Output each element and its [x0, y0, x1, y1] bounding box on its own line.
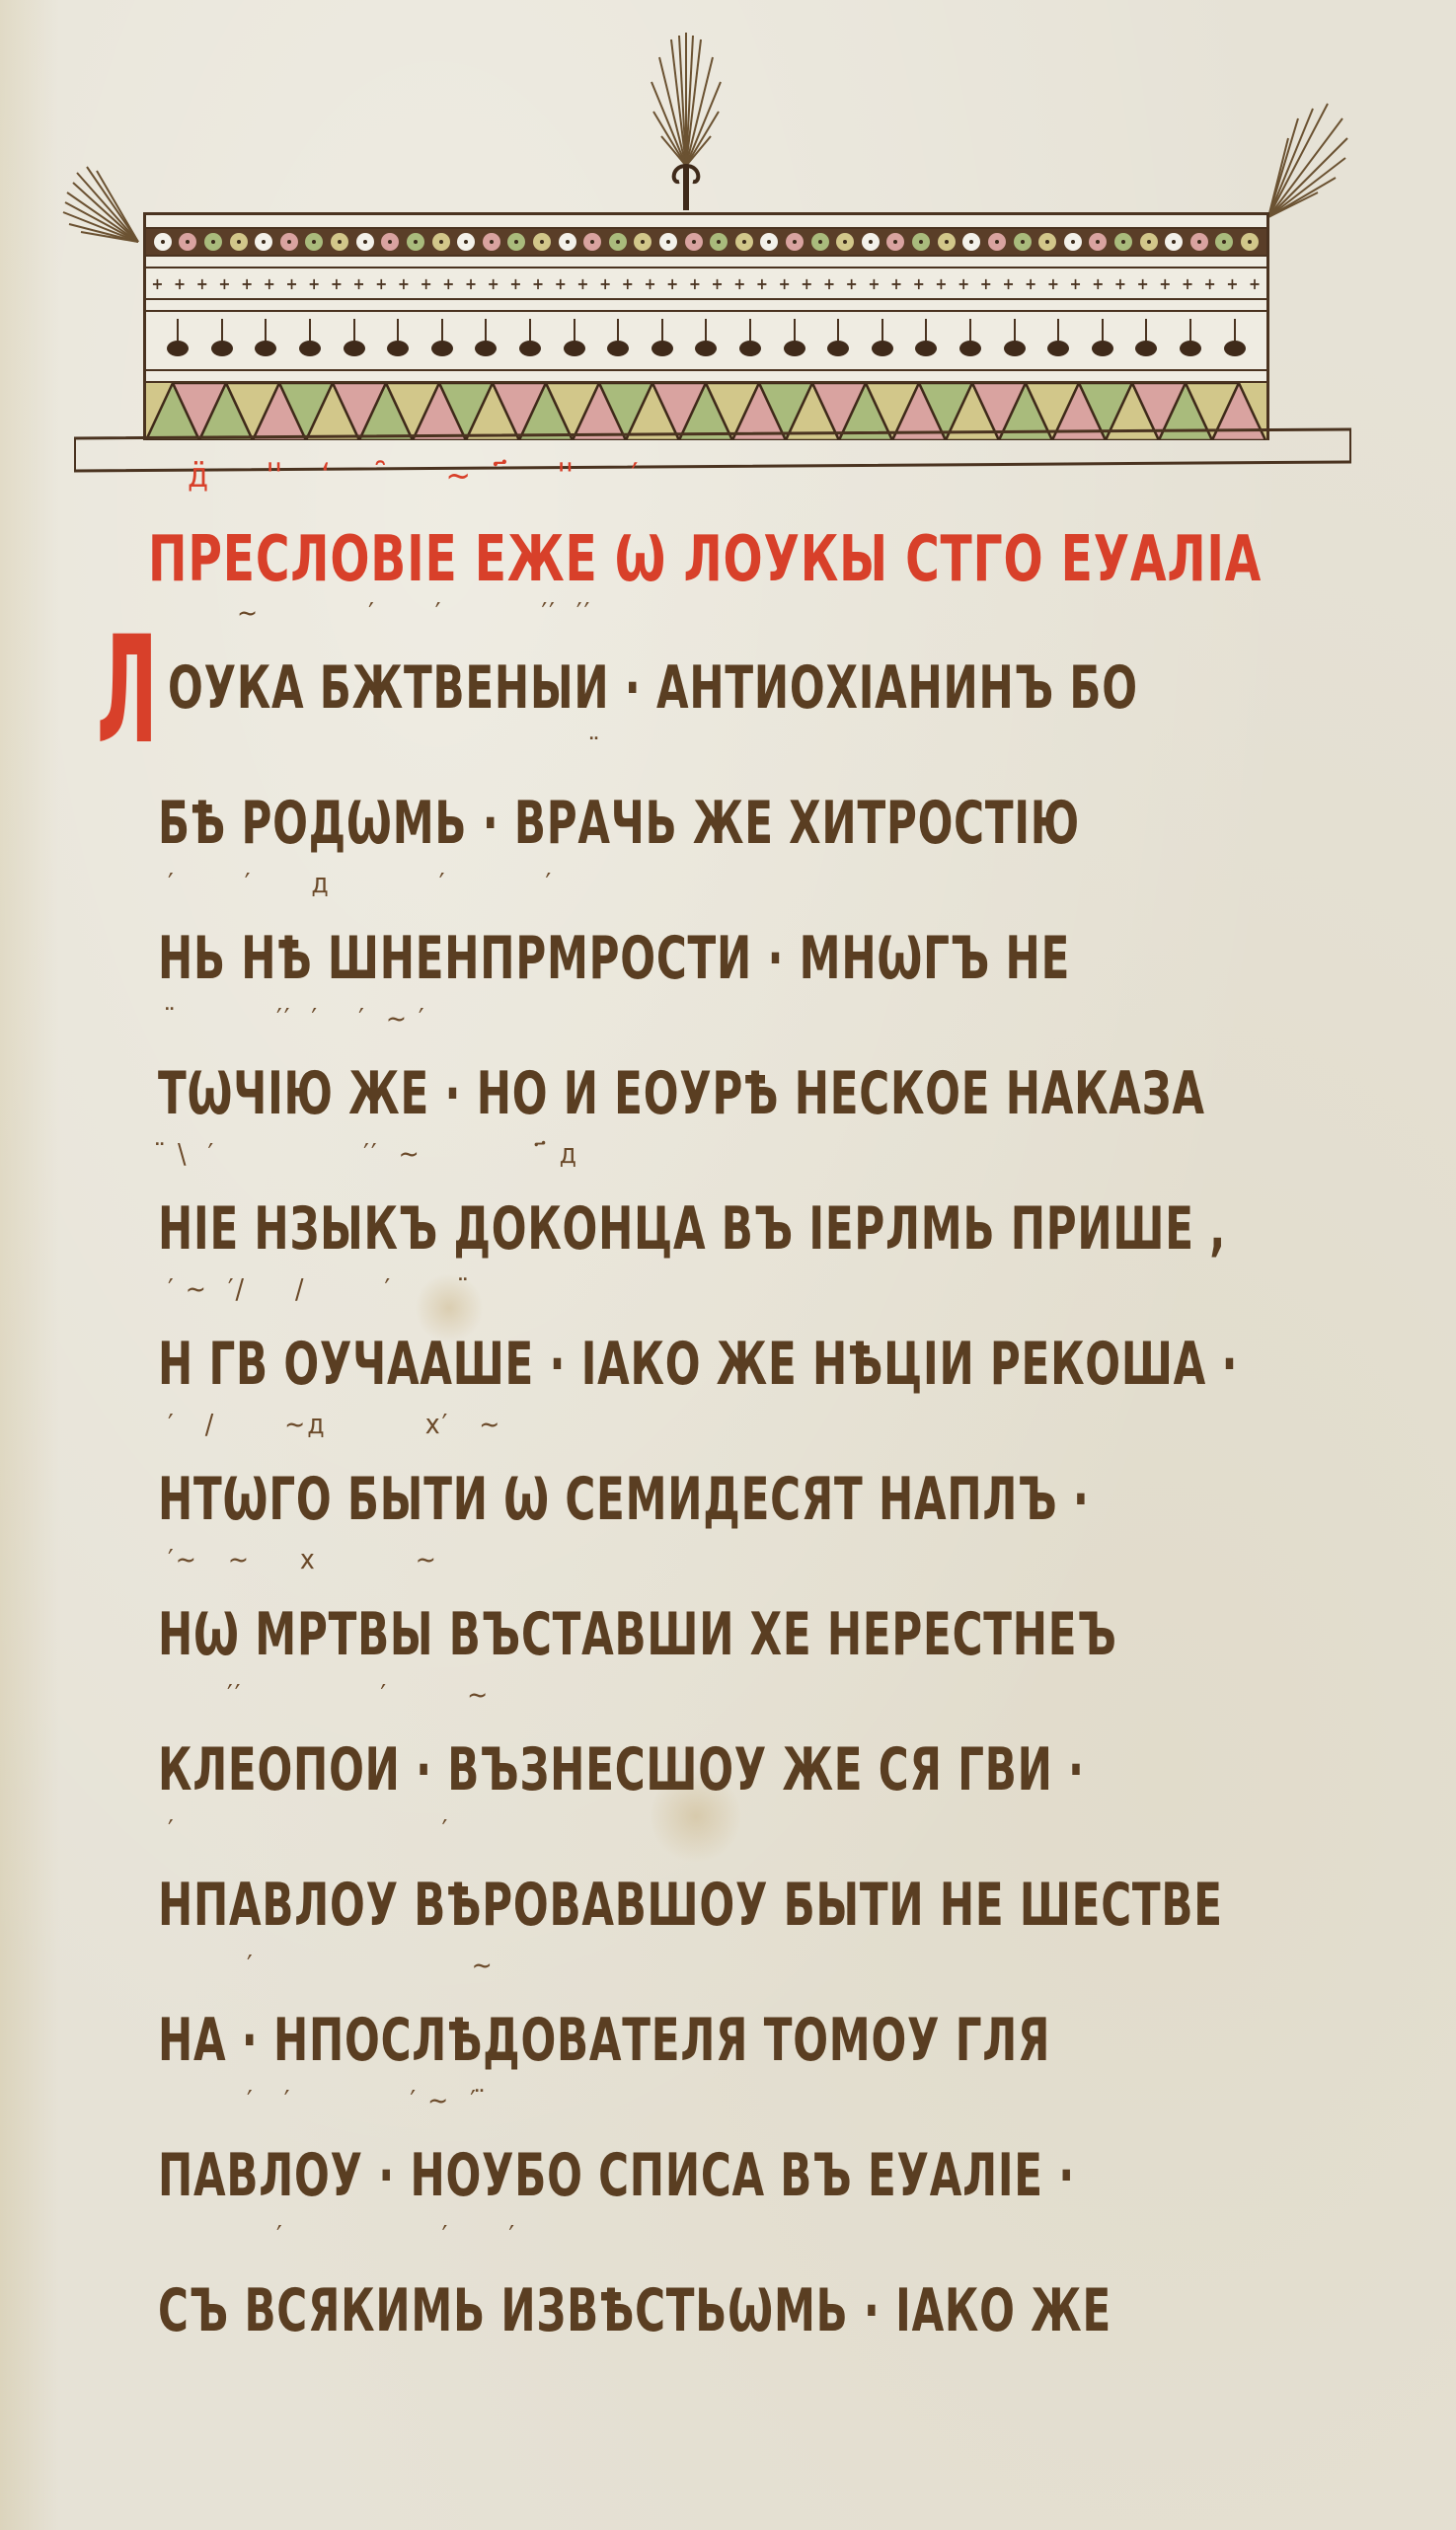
line-text: НТѠГО БЫТИ Ѡ СЕМИДЕСЯТ НАПЛЪ · — [158, 1465, 1090, 1534]
right-feather-finial-icon — [1259, 99, 1352, 222]
page-title: ПРЕСЛОВІЕ ЕЖЕ Ѡ ЛОУКЫ СТГО ЕУАЛІА — [148, 523, 1063, 596]
diacritic-marks: ̈ — [158, 731, 1342, 771]
headpiece-frame: ++++++++++++++++++++++++++++++++++++++++… — [143, 212, 1269, 440]
diacritic-marks: ′ ~ — [158, 1949, 1342, 1988]
diacritic-marks: ′~ ~ x ~ — [158, 1543, 1342, 1582]
line-text: СЪ ВСЯКИМЬ ИЗВѢСТЬѠМЬ · ІАКО ЖЕ — [158, 2276, 1111, 2345]
line-text: НПАВЛОУ ВѢРОВАВШОУ БЫТИ НЕ ШЕСТВЕ — [158, 1871, 1223, 1940]
bead-band — [146, 227, 1266, 257]
line-text: ТѠЧІЮ ЖЕ · НО И ЕОУРѢ НЕСКОЕ НАКАЗА — [158, 1059, 1205, 1128]
line-text: НА · НПОСЛѢДОВАТЕЛЯ ТОМОУ ГЛЯ — [158, 2006, 1050, 2075]
diacritic-marks: ̈ ′′ ′ ′ ~ ′ — [158, 1002, 1342, 1041]
title-superscripts: д̈ '' ‘ ̑ ~ ҃ '' ′ — [188, 456, 1303, 515]
diacritic-marks: ~ ′ ′ ′′ ′′ — [158, 596, 1342, 636]
red-initial-letter: Л — [97, 617, 158, 765]
text-line: ′ ′ ′ СЪ ВСЯКИМЬ ИЗВѢСТЬѠМЬ · ІАКО ЖЕ — [158, 2276, 1342, 2412]
left-feather-finial-icon — [57, 163, 146, 252]
center-palmette-finial-icon — [632, 28, 740, 210]
diacritic-marks: ′′ ′ ~ — [158, 1678, 1342, 1718]
line-text: БѢ РОДѠМЬ · ВРАЧЬ ЖЕ ХИТРОСТІЮ — [158, 789, 1080, 858]
cross-band: ++++++++++++++++++++++++++++++++++++++++… — [146, 267, 1266, 300]
manuscript-page: ++++++++++++++++++++++++++++++++++++++++… — [0, 0, 1456, 2530]
diacritic-marks: ′ ~ ′/ / ′ ̈ — [158, 1272, 1342, 1312]
diacritic-marks: ′ / ~д x′ ~ — [158, 1408, 1342, 1447]
body-text: ~ ′ ′ ′′ ′′ ОУКА БЖТВЕНЫИ · АНТИОХІАНИНЪ… — [158, 653, 1342, 2412]
line-text: ОУКА БЖТВЕНЫИ · АНТИОХІАНИНЪ БО — [168, 653, 1138, 723]
line-text: ПАВЛОУ · НОУБО СПИСА ВЪ ЕУАЛІЕ · — [158, 2141, 1075, 2210]
ornamental-headpiece: ++++++++++++++++++++++++++++++++++++++++… — [59, 30, 1362, 474]
diacritic-marks: ′ ′ — [158, 1813, 1342, 1853]
diacritic-marks: ′ ′ д ′ ′ — [158, 867, 1342, 906]
diacritic-marks: ̈ \ ′ ′′ ~ ҃ д — [158, 1137, 1342, 1177]
line-text: КЛЕОПОИ · ВЪЗНЕСШОУ ЖЕ СЯ ГВИ · — [158, 1735, 1085, 1804]
diacritic-marks: ′ ′ ′ ~ ′ ̈ — [158, 2084, 1342, 2123]
line-text: НЬ НѢ ШНЕНПРМРОСТИ · МНѠГЪ НЕ — [158, 924, 1070, 993]
diacritic-marks: ′ ′ ′ — [158, 2219, 1342, 2259]
drop-band — [146, 310, 1266, 371]
line-text: Н ГВ ОУЧААШЕ · ІАКО ЖЕ НѢЦІИ РЕКОША · — [158, 1330, 1238, 1399]
line-text: НІЕ НЗЫКЪ ДОКОНЦА ВЪ ІЕРЛМЬ ПРИШЕ , — [158, 1194, 1226, 1264]
line-text: НѠ МРТВЫ ВЪСТАВШИ ХЕ НЕРЕСТНЕЪ — [158, 1600, 1117, 1669]
